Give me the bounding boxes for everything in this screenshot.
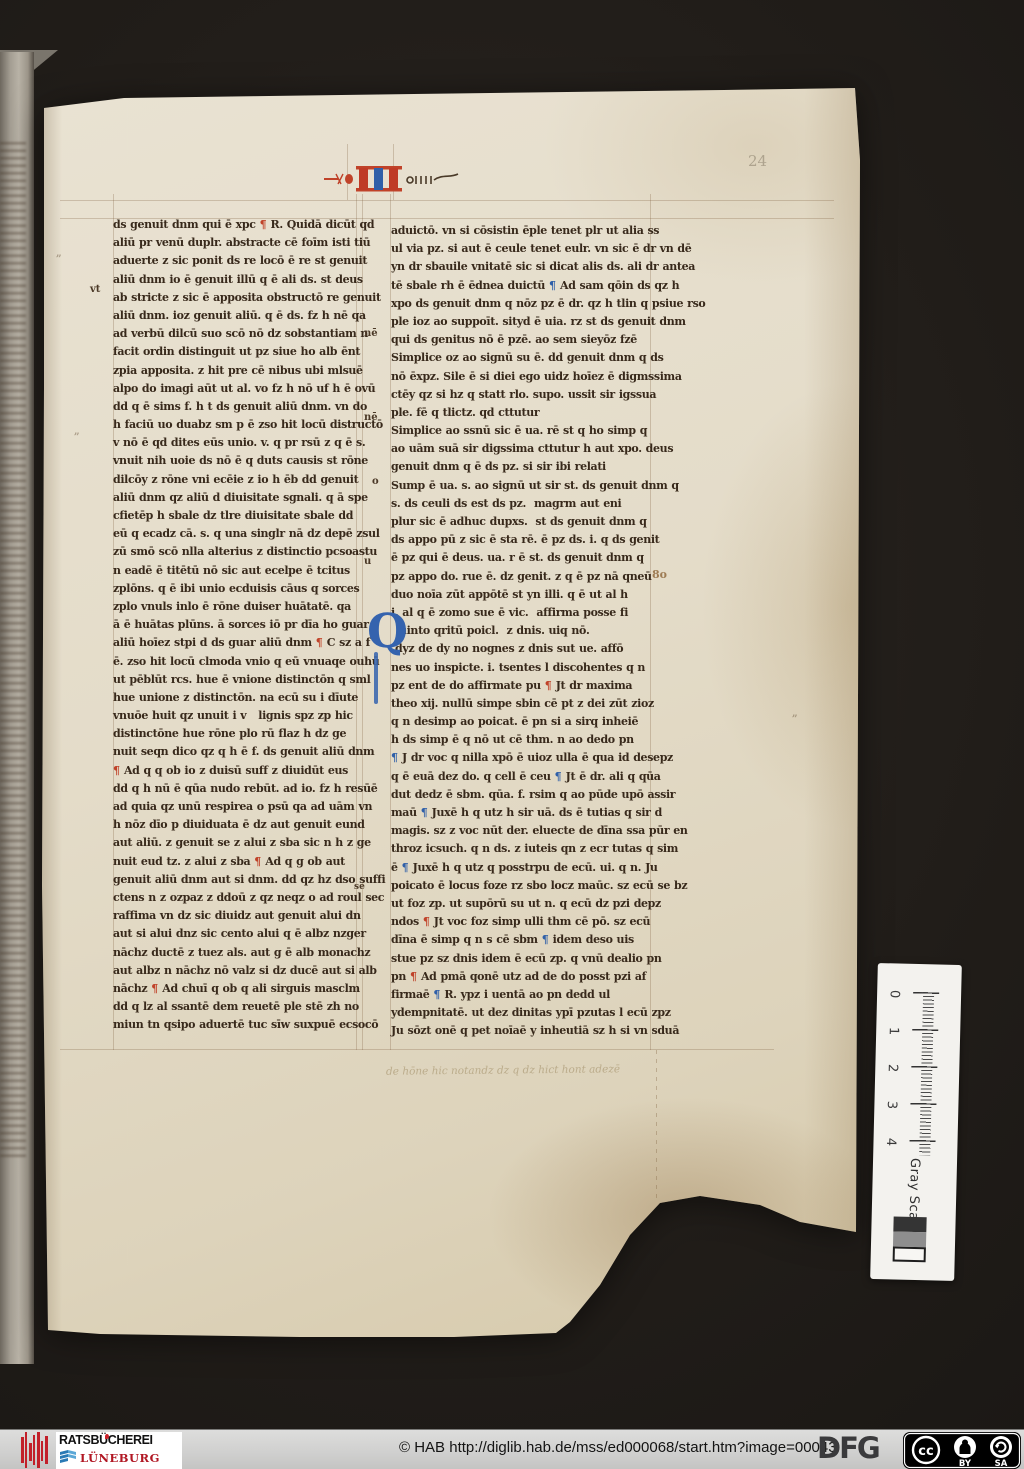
marginal-note: 8o xyxy=(652,568,667,581)
manuscript-text-line: hue unione z distinctōn. na ecū su i dīu… xyxy=(113,689,361,707)
copyright-url-text: © HAB http://diglib.hab.de/mss/ed000068/… xyxy=(399,1439,837,1456)
blue-pilcrow-mark: ¶ xyxy=(433,988,440,1001)
manuscript-text-line: aliū pr venū duplr. abstracte cē foīm is… xyxy=(113,234,361,252)
red-pilcrow-mark: ¶ xyxy=(113,764,120,777)
cc-glyph: cc xyxy=(918,1444,933,1459)
blue-pilcrow-mark: ¶ xyxy=(421,806,428,819)
text-column-left: ds genuit dnm qui ē xpc ¶ R. Quidā dicūt… xyxy=(113,216,361,1034)
red-pilcrow-mark: ¶ xyxy=(316,636,323,649)
manuscript-text-line: vnuōe huit qz unuit i v lignis spz zp hi… xyxy=(113,707,361,725)
header-folio-numeral-iii xyxy=(322,158,462,200)
manuscript-text-line: q ē euā dez do. q cell ē ceu ¶ Jt ē dr. … xyxy=(391,768,653,786)
manuscript-text-line: dīna ē simp q n s cē sbm ¶ idem deso uis xyxy=(391,931,653,949)
manuscript-text-line: Simplice ao ssnū sic ē ua. rē st q ho si… xyxy=(391,422,653,440)
manuscript-text-line: ē ¶ Juxē h q utz q posstrpu de ecū. ui. … xyxy=(391,859,653,877)
manuscript-text-line: aut aliū. z genuit se z alui z sba sic n… xyxy=(113,834,361,852)
manuscript-text-line: dyz de dy no nognes z dnis sut ue. affō xyxy=(391,640,653,658)
digitized-manuscript-scan: { "page": { "folio_number": "24", "heade… xyxy=(0,0,1024,1469)
manuscript-text-line: alpo do imagi aūt ut al. vo fz h nō uf h… xyxy=(113,380,361,398)
manuscript-text-line: stue pz sz dnis idem ē ecū zp. q vnū dea… xyxy=(391,950,653,968)
ratsbuecherei-bars-icon xyxy=(20,1431,52,1469)
manuscript-text-line: dd q ē sims f. h t ds genuit aliū dnm. v… xyxy=(113,398,361,416)
manuscript-text-line: s. ds ceuli ds est ds pz. magrm aut eni xyxy=(391,495,653,513)
ruler-number: 2 xyxy=(885,1064,900,1078)
manuscript-text-line: Sump ē ua. s. ao signū ut sir st. ds gen… xyxy=(391,477,653,495)
marginal-note: „ xyxy=(56,248,62,259)
ruling-line-horizontal xyxy=(60,200,834,201)
gray-patch-dark xyxy=(893,1216,926,1232)
red-pilcrow-mark: ¶ xyxy=(545,679,552,692)
ruler-number: 4 xyxy=(883,1138,898,1152)
manuscript-text-line: h ds simp ē q nō ut cē thm. n ao dedo pn xyxy=(391,731,653,749)
manuscript-text-line: dd q lz al ssantē dem reuetē ple stē zh … xyxy=(113,998,361,1016)
ruler-number: 0 xyxy=(886,990,901,1004)
manuscript-text-line: zū smō scō nlla alterius z distinctio pc… xyxy=(113,543,361,561)
red-pilcrow-mark: ¶ xyxy=(254,855,261,868)
marginal-note: nē xyxy=(364,328,378,339)
manuscript-text-line: ctens n z ozpaz z ddoū z qz neqz o ad ro… xyxy=(113,889,361,907)
ruler-major-ticks xyxy=(909,992,939,1157)
gray-patch-white xyxy=(893,1246,926,1262)
manuscript-text-line: zplōns. q ē ibi unio ecduisis cāus q sor… xyxy=(113,580,361,598)
manuscript-text-line: pz ent de do affirmate pu ¶ Jt dr maxima xyxy=(391,677,653,695)
manuscript-text-line: magis. sz z voc nūt der. eluecte de dīna… xyxy=(391,822,653,840)
manuscript-text-line: ut foz zp. ut supōrū su ut n. q ecū dz p… xyxy=(391,895,653,913)
manuscript-text-line: ple. fē q tlictz. qd cttutur xyxy=(391,404,653,422)
manuscript-text-line: genuit dnm q ē ds pz. si sir ibi relati xyxy=(391,458,653,476)
ratsbuecherei-logo: RATSBÜCHEREI LÜNEBURG xyxy=(56,1432,182,1469)
folio-number: 24 xyxy=(748,152,767,170)
manuscript-text-line: plur sic ē adhuc dupxs. st ds genuit dnm… xyxy=(391,513,653,531)
manuscript-text-line: ut pēblūt rcs. hue ē vnione distinctōn q… xyxy=(113,671,361,689)
manuscript-text-line: aduictō. vn si cōsistin ēple tenet plr u… xyxy=(391,222,653,240)
marginal-note: nē xyxy=(364,412,378,423)
manuscript-text-line: aliū hoīez stpi d ds guar aliū dnm ¶ C s… xyxy=(113,634,361,652)
dfg-logo: DFG xyxy=(817,1431,879,1465)
manuscript-text-line: dilcōy z rōne vni ecēie z io h ēb dd gen… xyxy=(113,471,361,489)
red-pilcrow-mark: ¶ xyxy=(423,915,430,928)
manuscript-text-line: ab stricte z sic ē apposita obstructō re… xyxy=(113,289,361,307)
manuscript-text-line: genuit aliū dnm aut si dnm. dd qz hz dso… xyxy=(113,871,361,889)
manuscript-text-line: zplo vnuls inlo ē rōne duiser huātatē. q… xyxy=(113,598,361,616)
manuscript-text-line: Simplice oz ao signū su ē. dd genuit dnm… xyxy=(391,349,653,367)
marginal-note: „ xyxy=(792,708,798,719)
blue-waves-icon xyxy=(59,1448,77,1467)
manuscript-text-line: ē. zso hit locū clmoda vnio q eū vnuaqe … xyxy=(113,653,361,671)
manuscript-text-line: ds appo pū z sic ē sta rē. ē pz ds. i. q… xyxy=(391,531,653,549)
manuscript-text-line: h faciū uo duabz sm p ē zso hit locū dis… xyxy=(113,416,361,434)
manuscript-page: 24 ds genuit dnm qui ē xpc ¶ R. Quidā di… xyxy=(34,86,862,1342)
manuscript-text-line: vnuit nih uoie ds nō ē q duts causis st … xyxy=(113,452,361,470)
manuscript-text-line: miun tn qsipo aduertē tuc sīw suxpuē ecs… xyxy=(113,1016,361,1034)
blue-pilcrow-mark: ¶ xyxy=(555,770,562,783)
manuscript-text-line: nāchz ¶ Ad chuī q ob q ali sirguis mascl… xyxy=(113,980,361,998)
manuscript-text-line: ul via pz. si aut ē ceule tenet eulr. vn… xyxy=(391,240,653,258)
manuscript-text-line: aut albz n nāchz nō valz si dz ducē aut … xyxy=(113,962,361,980)
manuscript-text-line: pz appo do. rue ē. dz genit. z q ē pz nā… xyxy=(391,568,653,586)
manuscript-text-line: aut si alui dnz sic cento alui q ē albz … xyxy=(113,925,361,943)
manuscript-text-line: eū q ecadz cā. s. q una singlr nā dz dep… xyxy=(113,525,361,543)
initial-descender-flourish xyxy=(374,652,378,704)
manuscript-text-line: poicato ē locus foze rz sbo locz maūc. s… xyxy=(391,877,653,895)
cc-by-sa-badge: cc BY SA xyxy=(903,1432,1021,1469)
sa-label: SA xyxy=(995,1459,1008,1469)
blue-pilcrow-mark: ¶ xyxy=(402,861,409,874)
manuscript-text-line: raffima vn dz sic diuidz aut genuit alui… xyxy=(113,907,361,925)
manuscript-text-line: pn ¶ Ad pmā qonē utz ad de do posst pzi … xyxy=(391,968,653,986)
library-city: LÜNEBURG xyxy=(80,1451,160,1465)
gray-patch-mid xyxy=(893,1231,926,1247)
manuscript-text-line: q n desimp ao poicat. ē pn si a sirq inh… xyxy=(391,713,653,731)
manuscript-text-line: ple ioz ao suppoīt. sityd ē uia. rz st d… xyxy=(391,313,653,331)
marginal-note: u xyxy=(364,556,371,567)
manuscript-text-line: nō ēxpz. Sile ē si diei ego uidz hoīez ē… xyxy=(391,368,653,386)
manuscript-text-line: facit ordin distinguit ut pz siue ho alb… xyxy=(113,343,361,361)
ruler-numbers: 01234 xyxy=(878,963,962,965)
manuscript-text-line: qui ds genitus nō ē pzē. ao sem sieyōz f… xyxy=(391,331,653,349)
manuscript-text-line: ydempnitatē. ut dez dinitas ypī pzutas l… xyxy=(391,1004,653,1022)
manuscript-text-line: duo noīa zūt appōtē st yn illi. q ē ut a… xyxy=(391,586,653,604)
manuscript-text-line: dut dedz ē sbm. qūa. f. rsim q ao pūde u… xyxy=(391,786,653,804)
footer-bar: RATSBÜCHEREI LÜNEBURG © HAB http://digli… xyxy=(0,1429,1024,1469)
gray-scale-ruler: 01234 Gray Scale xyxy=(870,963,962,1281)
marginal-note: „ xyxy=(74,426,80,437)
ruler-number: 3 xyxy=(884,1101,899,1115)
marginal-note: se xyxy=(354,882,365,892)
manuscript-text-line: h nōz dīo p diuiduata ē dz aut genuit eu… xyxy=(113,816,361,834)
umlaut-red-dot xyxy=(105,1434,109,1439)
manuscript-text-line: i. al q ē zomo sue ē vic. affirma posse … xyxy=(391,604,653,622)
manuscript-text-line: ndos ¶ Jt voc foz simp ulli thm cē pō. s… xyxy=(391,913,653,931)
manuscript-text-line: firmaē ¶ R. ypz i uentā ao pn dedd ul xyxy=(391,986,653,1004)
red-pilcrow-mark: ¶ xyxy=(260,218,267,231)
manuscript-text-line: yn dr sbauile vnitatē sic si dicat alis … xyxy=(391,258,653,276)
ruling-line-horizontal xyxy=(60,1049,774,1050)
blue-pilcrow-mark: ¶ xyxy=(391,751,398,764)
manuscript-text-line: xpo ds genuit dnm q nōz pz ē dr. qz h tl… xyxy=(391,295,653,313)
text-column-right: aduictō. vn si cōsistin ēple tenet plr u… xyxy=(391,222,653,1040)
manuscript-text-line: ē pz qui ē deus. ua. r ē st. ds genuit d… xyxy=(391,549,653,567)
manuscript-text-line: ¶ J dr voc q nilla xpō ē uioz ulla ē qua… xyxy=(391,749,653,767)
faint-marginal-inscription: de hōne hic notandz dz q dz hict hont ad… xyxy=(386,1062,716,1077)
by-label: BY xyxy=(959,1459,972,1469)
manuscript-text-line: ad quia qz unū respirea o psū qa ad uām … xyxy=(113,798,361,816)
blue-pilcrow-mark: ¶ xyxy=(542,933,549,946)
manuscript-text-line: nes uo inspicte. i. tsentes l discohente… xyxy=(391,659,653,677)
blue-pilcrow-mark: ¶ xyxy=(549,279,556,292)
manuscript-text-line: dd q h nū ē qūa nudo rebūt. ad io. fz h … xyxy=(113,780,361,798)
red-pilcrow-mark: ¶ xyxy=(151,982,158,995)
manuscript-text-line: ad verbū dilcū suo scō nō dz sobstantiam… xyxy=(113,325,361,343)
manuscript-text-line: nāchz ductē z tuez als. aut g ē alb mona… xyxy=(113,944,361,962)
manuscript-text-line: aduerte z sic ponit ds re locō ē re st g… xyxy=(113,252,361,270)
ruler-number: 1 xyxy=(885,1027,900,1041)
manuscript-text-line: distinctōne hue rōne plo rū flaz h dz ge xyxy=(113,725,361,743)
manuscript-text-line: ctēy qz si hz q statt rlo. supo. ussit s… xyxy=(391,386,653,404)
marginal-note: o xyxy=(372,476,379,487)
manuscript-text-line: ds genuit dnm qui ē xpc ¶ R. Quidā dicūt… xyxy=(113,216,361,234)
manuscript-text-line: nuit eud tz. z alui z sba ¶ Ad q g ob au… xyxy=(113,853,361,871)
book-edge-pages xyxy=(0,52,34,1364)
manuscript-text-line: aliū dnm io ē genuit illū q ē ali ds. st… xyxy=(113,271,361,289)
manuscript-text-line: v nō ē qd dites eūs unio. v. q pr rsū z … xyxy=(113,434,361,452)
manuscript-text-line: aliū dnm. ioz genuit aliū. q ē ds. fz h … xyxy=(113,307,361,325)
illuminated-initial-q: Q xyxy=(367,608,408,655)
manuscript-text-line: zpia apposita. z hit pre cē nibus ubi ml… xyxy=(113,362,361,380)
manuscript-text-line: Ju sōzt onē q pet noīaē y inheutiā sz h … xyxy=(391,1022,653,1040)
manuscript-text-line: maū ¶ Juxē h q utz h sir uā. ds ē tutias… xyxy=(391,804,653,822)
manuscript-text-line: cfietēp h sbale dz tlre diuisitate sbale… xyxy=(113,507,361,525)
manuscript-text-line: ¶ Ad q q ob io z duisū suff z diuidūt eu… xyxy=(113,762,361,780)
red-pilcrow-mark: ¶ xyxy=(410,970,417,983)
manuscript-text-line: ā ē huātas plūns. ā sorces iō pr dīa ho … xyxy=(113,616,361,634)
manuscript-text-line: n eadē ē titētū nō sic aut ecelpe ē tcit… xyxy=(113,562,361,580)
manuscript-text-line: theo xij. nullū simpe sbin cē pt z dei z… xyxy=(391,695,653,713)
manuscript-text-line: uinto qritū poicl. z dnis. uiq nō. xyxy=(391,622,653,640)
showthrough-text-previous-page xyxy=(0,142,26,1162)
manuscript-text-line: nuit seqn dico qz q h ē f. ds genuit ali… xyxy=(113,743,361,761)
marginal-note: vt xyxy=(90,284,100,295)
manuscript-text-line: throz icsuch. q n ds. z iuteis qn z ecr … xyxy=(391,840,653,858)
manuscript-text-line: ao uām suā sir digssima cttutur h aut xp… xyxy=(391,440,653,458)
library-name: RATSBÜCHEREI xyxy=(59,1433,179,1447)
manuscript-text-line: aliū dnm qz aliū d diuisitate sgnali. q … xyxy=(113,489,361,507)
manuscript-text-line: tē sbale rh ē ēdnea duictū ¶ Ad sam qōin… xyxy=(391,277,653,295)
